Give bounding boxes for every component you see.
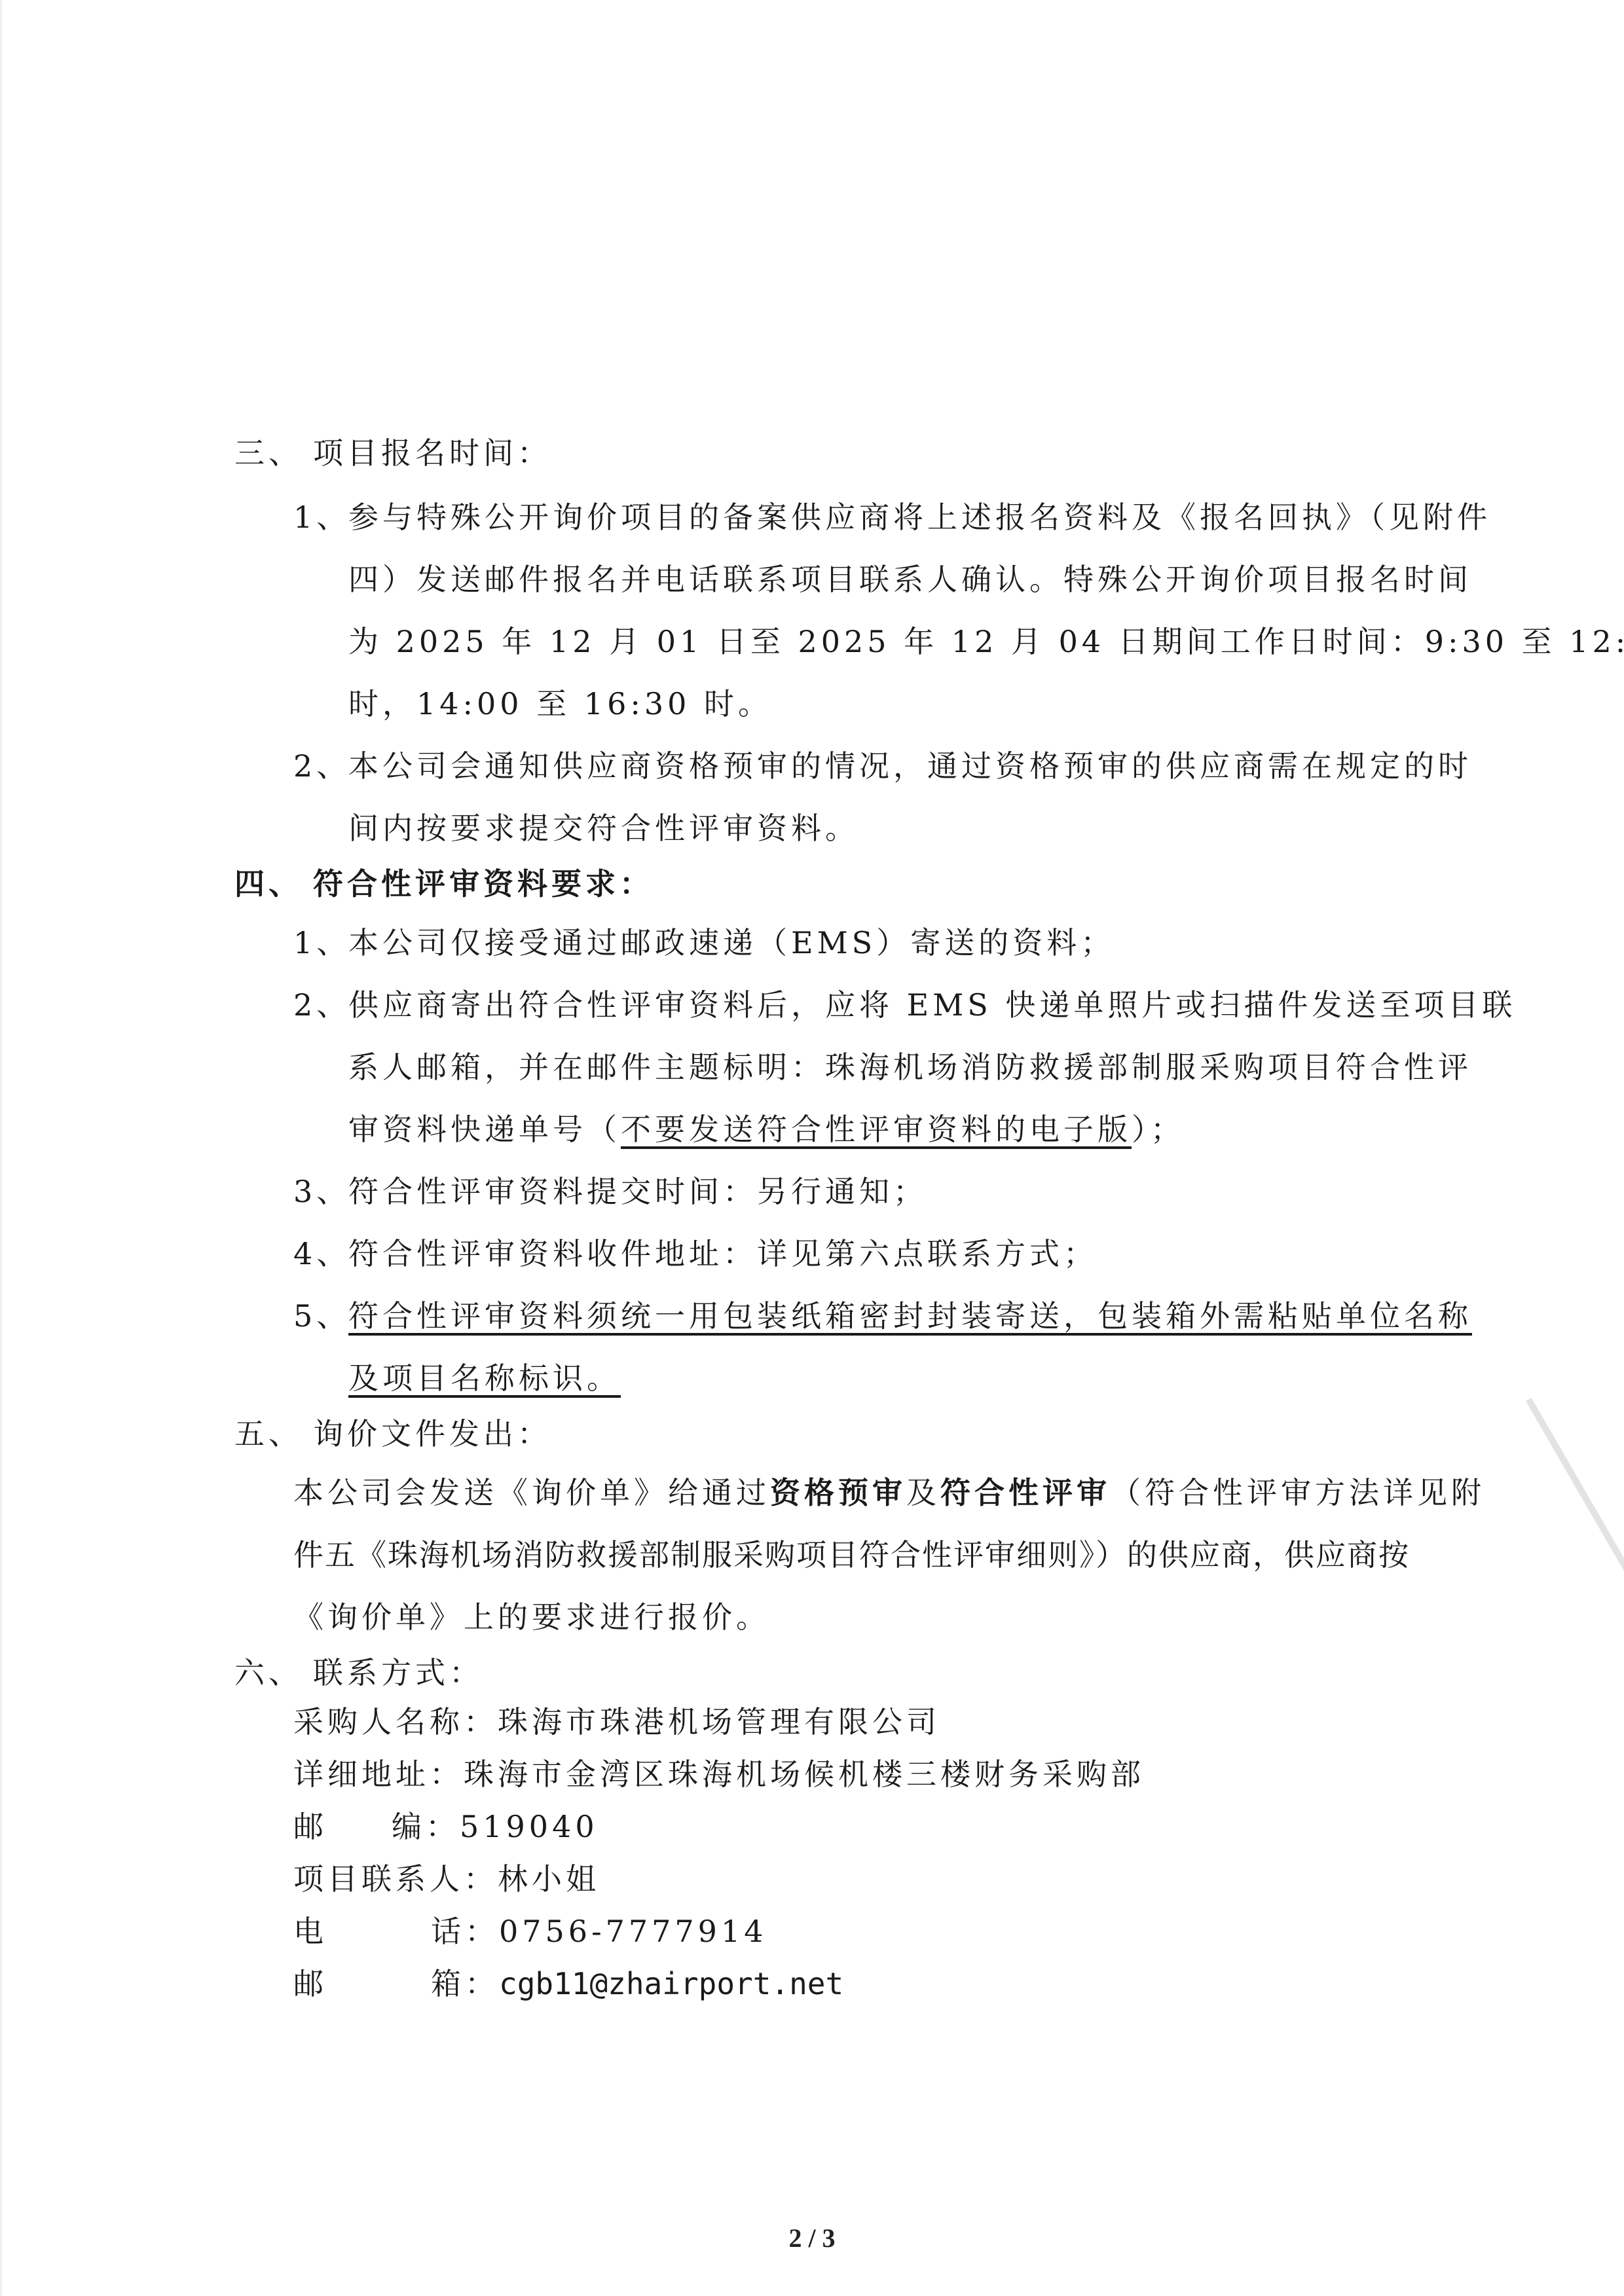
s4-item3: 3、符合性评审资料提交时间：另行通知； bbox=[293, 1172, 927, 1211]
s5-paragraph-line3: 《询价单》上的要求进行报价。 bbox=[293, 1597, 770, 1637]
contact-email: 邮箱：cgb11@zhairport.net bbox=[293, 1964, 843, 2003]
section-title: 询价文件发出： bbox=[313, 1416, 551, 1451]
paragraph-text: 本公司会发送《询价单》给通过 bbox=[293, 1475, 770, 1510]
section-number: 四、 bbox=[234, 864, 313, 903]
seal-stamp-fragment bbox=[1526, 1319, 1624, 1753]
s4-item5-line1: 5、符合性评审资料须统一用包装纸箱密封封装寄送，包装箱外需粘贴单位名称 bbox=[293, 1296, 1472, 1336]
contact-value: 珠海市金湾区珠海机场候机楼三楼财务采购部 bbox=[464, 1757, 1145, 1792]
contact-email-value[interactable]: cgb11@zhairport.net bbox=[499, 1966, 843, 2001]
item-text: 符合性评审资料提交时间：另行通知； bbox=[348, 1174, 927, 1209]
paragraph-text: （符合性评审方法详见附 bbox=[1111, 1475, 1485, 1510]
s3-item2-line2: 间内按要求提交符合性评审资料。 bbox=[348, 809, 859, 848]
s4-item4: 4、符合性评审资料收件地址：详见第六点联系方式； bbox=[293, 1234, 1098, 1273]
section-title: 联系方式： bbox=[313, 1655, 483, 1690]
contact-phone: 电话：0756-7777914 bbox=[293, 1912, 767, 1951]
contact-value: 珠海市珠港机场管理有限公司 bbox=[498, 1704, 940, 1740]
item-number: 2、 bbox=[293, 746, 348, 786]
s5-paragraph-line2: 件五《珠海机场消防救援部制服采购项目符合性评审细则》）的供应商，供应商按 bbox=[293, 1535, 1410, 1575]
document-page: 三、项目报名时间： 1、参与特殊公开询价项目的备案供应商将上述报名资料及《报名回… bbox=[0, 0, 1624, 2296]
contact-postcode: 邮编：519040 bbox=[293, 1807, 599, 1846]
contact-label: 项目联系人： bbox=[293, 1861, 498, 1897]
section-title: 项目报名时间： bbox=[313, 435, 551, 471]
contact-label: 采购人名称： bbox=[293, 1704, 498, 1740]
paragraph-text: 及 bbox=[906, 1475, 940, 1510]
section-3-heading: 三、项目报名时间： bbox=[234, 433, 551, 473]
section-number: 五、 bbox=[234, 1414, 313, 1453]
s4-item2-line3: 审资料快递单号（不要发送符合性评审资料的电子版）； bbox=[348, 1110, 1185, 1149]
contact-label: 邮 bbox=[293, 1964, 431, 2003]
contact-label: 话： bbox=[431, 1914, 499, 1949]
s4-item5-line2: 及项目名称标识。 bbox=[348, 1358, 621, 1398]
s4-item1: 1、本公司仅接受通过邮政速递（EMS）寄送的资料； bbox=[293, 923, 1115, 962]
contact-value: 林小姐 bbox=[498, 1861, 600, 1897]
contact-label: 箱： bbox=[431, 1966, 499, 2001]
s4-item2-line1: 2、供应商寄出符合性评审资料后，应将 EMS 快递单照片或扫描件发送至项目联 bbox=[293, 985, 1516, 1025]
item-number: 2、 bbox=[293, 985, 348, 1025]
contact-value: 519040 bbox=[460, 1809, 599, 1844]
s3-item1-line3: 为 2025 年 12 月 01 日至 2025 年 12 月 04 日期间工作… bbox=[348, 622, 1624, 661]
contact-value: 0756-7777914 bbox=[499, 1914, 767, 1949]
bold-term: 资格预审 bbox=[770, 1475, 906, 1510]
contact-label: 邮 bbox=[293, 1807, 392, 1846]
item-text: ）； bbox=[1132, 1112, 1185, 1147]
contact-person: 项目联系人：林小姐 bbox=[293, 1859, 600, 1899]
item-text: 本公司仅接受通过邮政速递（EMS）寄送的资料； bbox=[348, 925, 1115, 960]
bold-term: 符合性评审 bbox=[940, 1475, 1111, 1510]
s3-item1-line2: 四）发送邮件报名并电话联系项目联系人确认。特殊公开询价项目报名时间 bbox=[348, 560, 1472, 599]
item-text: 参与特殊公开询价项目的备案供应商将上述报名资料及《报名回执》（见附件 bbox=[348, 500, 1491, 535]
page-number: 2 / 3 bbox=[0, 2223, 1624, 2253]
section-6-heading: 六、联系方式： bbox=[234, 1653, 483, 1692]
item-number: 1、 bbox=[293, 923, 348, 962]
underlined-notice: 不要发送符合性评审资料的电子版 bbox=[621, 1112, 1132, 1147]
item-number: 4、 bbox=[293, 1234, 348, 1273]
item-text: 本公司会通知供应商资格预审的情况，通过资格预审的供应商需在规定的时 bbox=[348, 748, 1472, 784]
item-number: 3、 bbox=[293, 1172, 348, 1211]
section-title: 符合性评审资料要求： bbox=[313, 866, 654, 902]
underlined-notice: 符合性评审资料须统一用包装纸箱密封封装寄送，包装箱外需粘贴单位名称 bbox=[348, 1298, 1472, 1334]
contact-address: 详细地址：珠海市金湾区珠海机场候机楼三楼财务采购部 bbox=[293, 1755, 1145, 1794]
contact-purchaser: 采购人名称：珠海市珠港机场管理有限公司 bbox=[293, 1702, 940, 1741]
item-text: 符合性评审资料收件地址：详见第六点联系方式； bbox=[348, 1236, 1098, 1271]
contact-label: 电 bbox=[293, 1912, 431, 1951]
scan-edge bbox=[0, 0, 3, 2296]
s4-item2-line2: 系人邮箱，并在邮件主题标明：珠海机场消防救援部制服采购项目符合性评 bbox=[348, 1048, 1472, 1087]
s5-paragraph-line1: 本公司会发送《询价单》给通过资格预审及符合性评审（符合性评审方法详见附 bbox=[293, 1473, 1485, 1512]
s3-item1-line1: 1、参与特殊公开询价项目的备案供应商将上述报名资料及《报名回执》（见附件 bbox=[293, 498, 1491, 537]
contact-label: 详细地址： bbox=[293, 1757, 464, 1792]
item-number: 5、 bbox=[293, 1296, 348, 1336]
section-number: 三、 bbox=[234, 433, 313, 473]
item-number: 1、 bbox=[293, 498, 348, 537]
item-text: 供应商寄出符合性评审资料后，应将 EMS 快递单照片或扫描件发送至项目联 bbox=[348, 987, 1516, 1023]
section-4-heading: 四、符合性评审资料要求： bbox=[234, 864, 654, 903]
s3-item2-line1: 2、本公司会通知供应商资格预审的情况，通过资格预审的供应商需在规定的时 bbox=[293, 746, 1472, 786]
section-number: 六、 bbox=[234, 1653, 313, 1692]
item-text: 审资料快递单号（ bbox=[348, 1112, 621, 1147]
section-5-heading: 五、询价文件发出： bbox=[234, 1414, 551, 1453]
s3-item1-line4: 时，14:00 至 16:30 时。 bbox=[348, 684, 772, 723]
contact-label: 编： bbox=[392, 1809, 460, 1844]
